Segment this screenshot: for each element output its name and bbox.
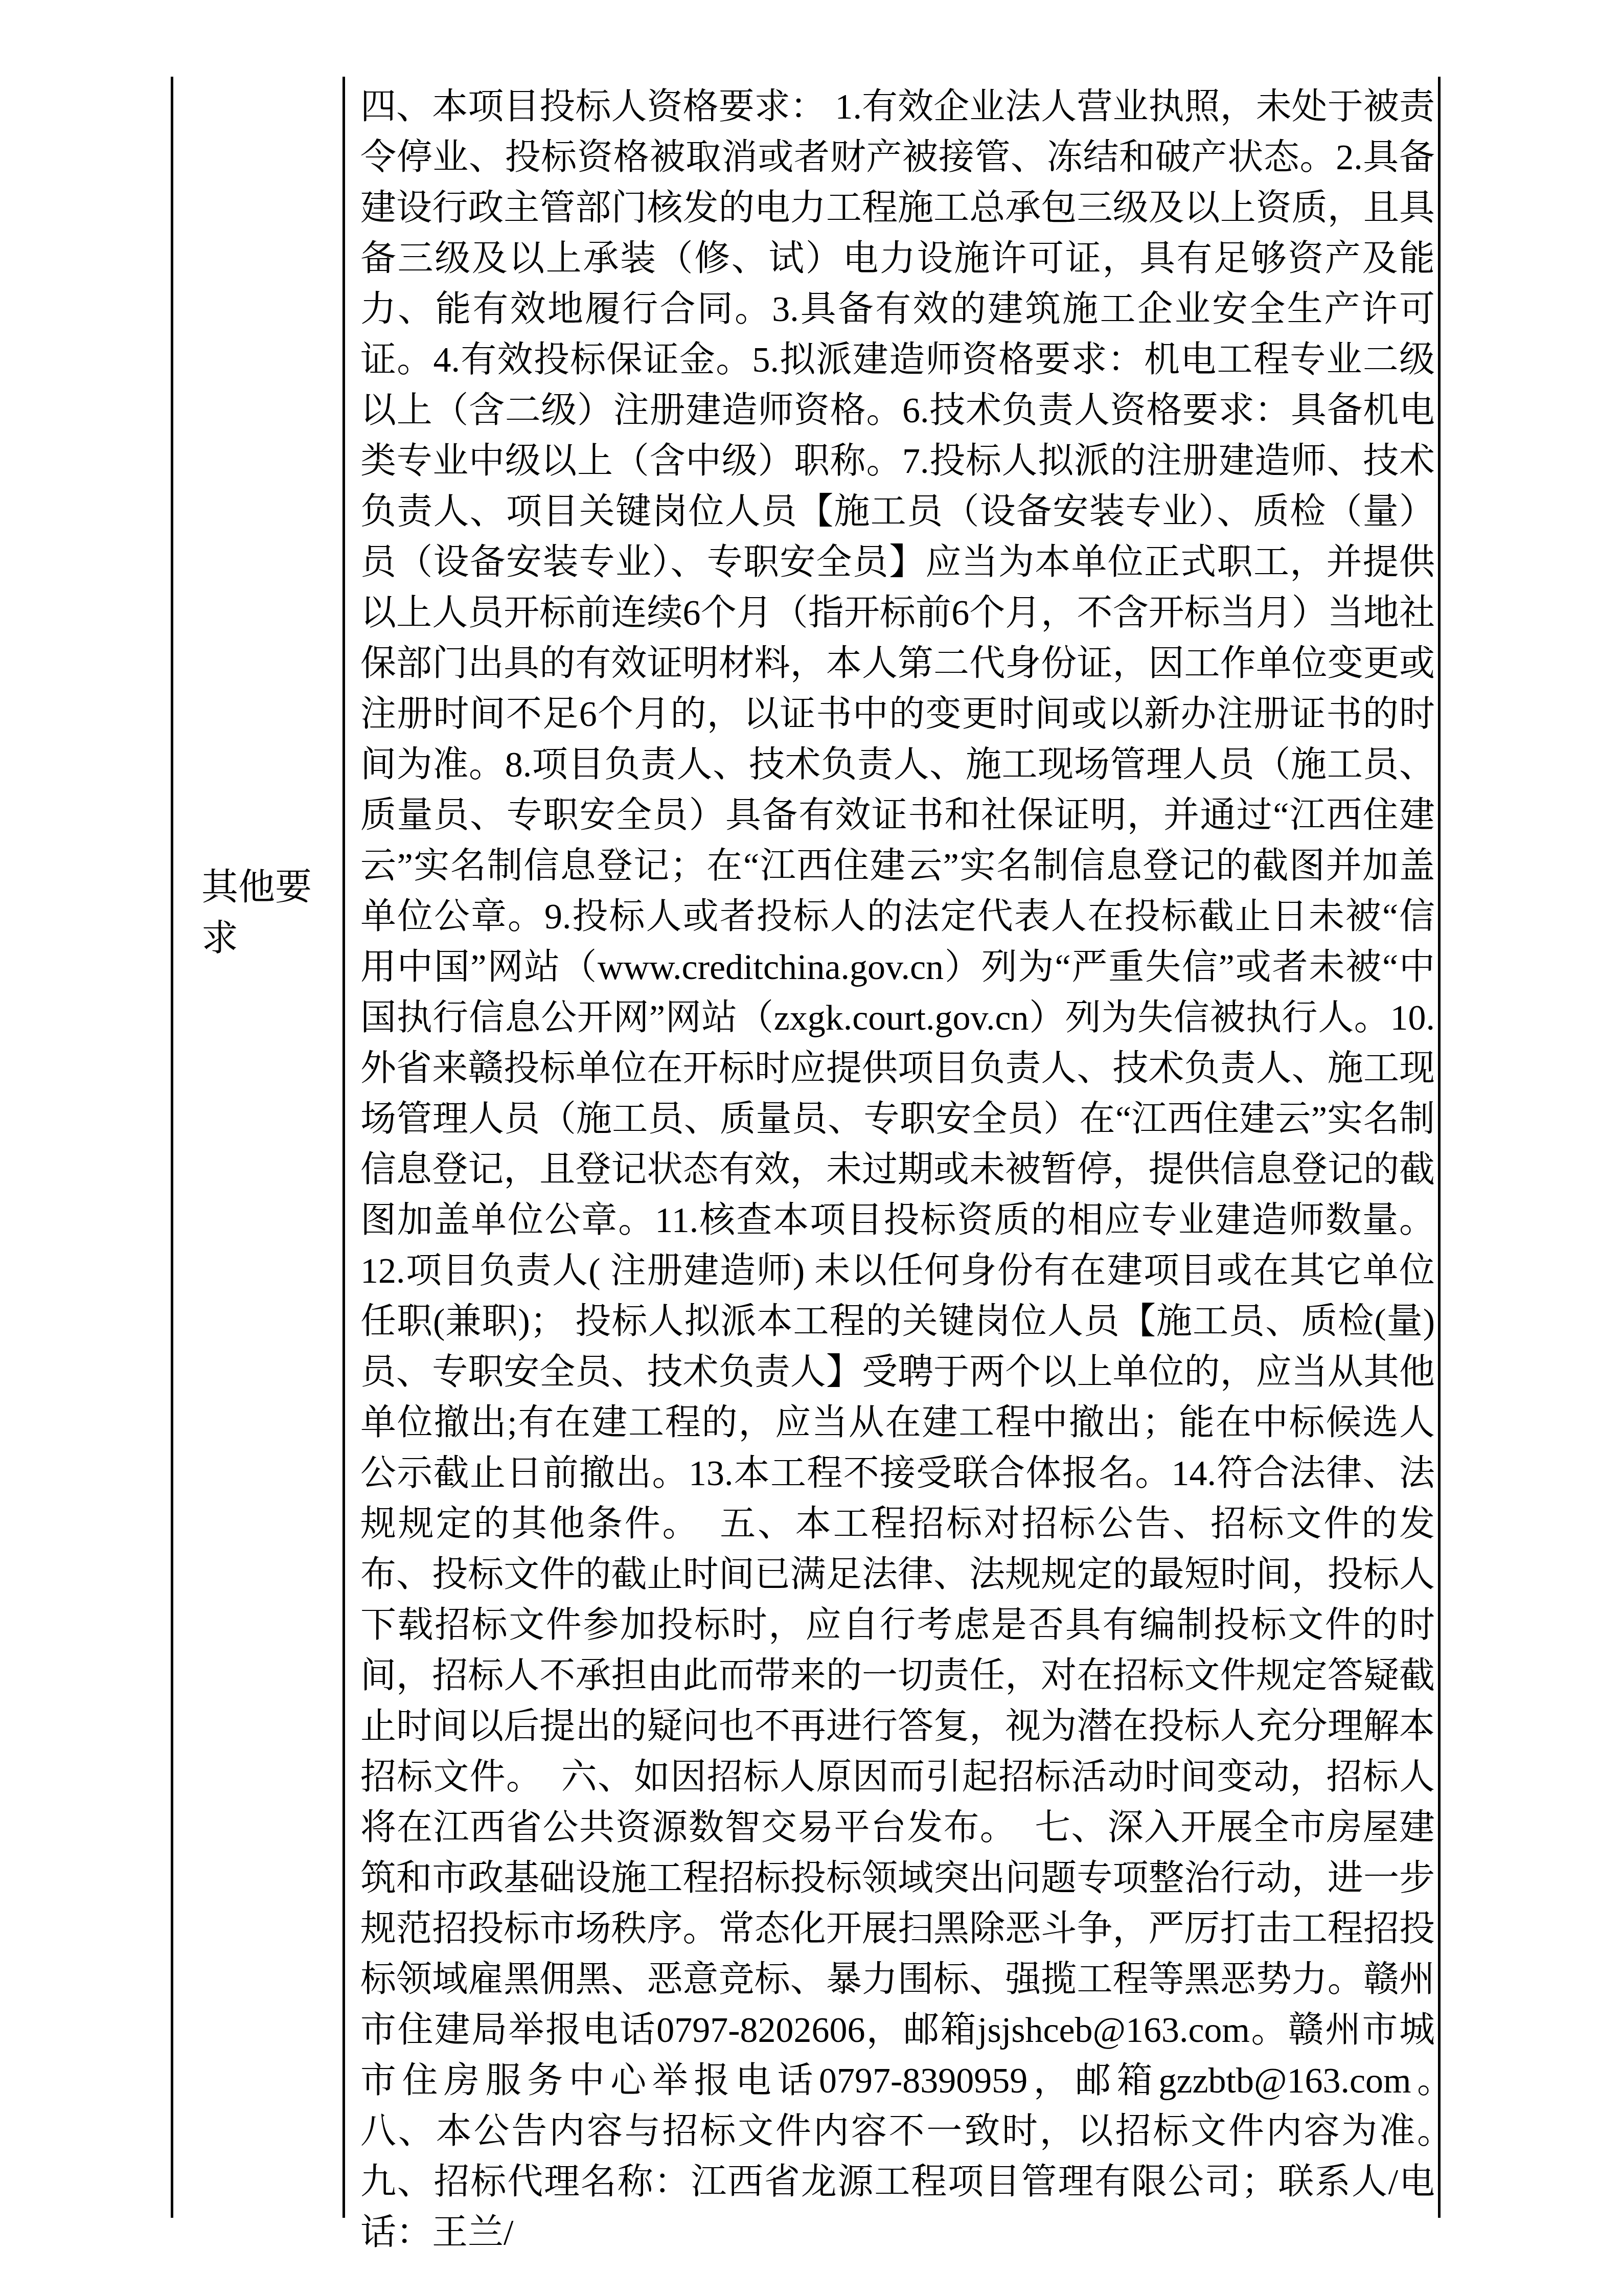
row-content-text: 四、本项目投标人资格要求： 1.有效企业法人营业执照，未处于被责令停业、投标资格… <box>360 82 1435 2258</box>
row-header-label: 其他要求 <box>201 861 320 964</box>
document-page: 其他要求 四、本项目投标人资格要求： 1.有效企业法人营业执照，未处于被责令停业… <box>0 0 1622 2296</box>
table-border-right <box>1438 77 1441 2218</box>
row-header-cell: 其他要求 <box>173 77 342 2218</box>
row-content-cell: 四、本项目投标人资格要求： 1.有效企业法人营业执照，未处于被责令停业、投标资格… <box>345 77 1438 2218</box>
